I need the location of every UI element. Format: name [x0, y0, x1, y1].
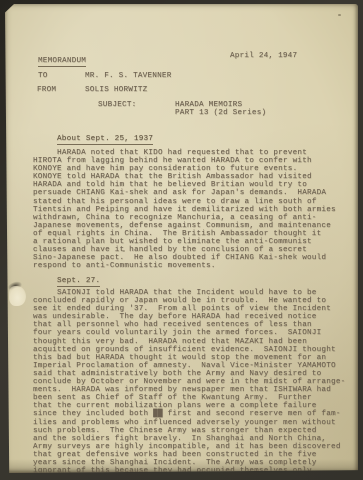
text-line: this bad but HARADA thought it would sto… — [33, 354, 345, 362]
paper-tear-chip — [9, 286, 26, 306]
document-page: April 24, 1947 MEMORANDUM TO MR. F. S. T… — [5, 4, 358, 473]
text-line: that great defensive works had been cons… — [33, 451, 345, 459]
memo-title: MEMORANDUM — [38, 57, 86, 67]
text-line: four years could voluntarily join the ar… — [33, 329, 345, 337]
text-line: stated that his personal ideas were to d… — [33, 198, 336, 206]
text-line: conclude by October or November and were… — [33, 378, 345, 386]
text-line: Tientsin and Peiping and have it demilit… — [33, 206, 336, 214]
to-value: MR. F. S. TAVENNER — [85, 72, 172, 80]
text-line: concluded rapidly or Japan would be in t… — [33, 297, 345, 305]
to-label: TO — [38, 72, 48, 80]
text-line: thought this very bad. HARADA noted that… — [33, 338, 345, 346]
subject-value-line1: HARADA MEMOIRS — [175, 101, 242, 109]
from-value: SOLIS HORWITZ — [85, 86, 148, 94]
text-line: of equal rights in China. The British Am… — [33, 230, 336, 238]
paper-speck — [338, 14, 341, 16]
text-line: and the soldiers fight bravely. In Shang… — [33, 435, 345, 443]
section-heading-sept-25: About Sept. 25, 1937 — [57, 135, 153, 145]
text-line: acquitted on grounds of insufficient evi… — [33, 346, 345, 354]
text-line: HARADA noted that KIDO had requested tha… — [33, 149, 336, 157]
text-line: said that administratively both the Army… — [33, 370, 345, 378]
text-line: SAIONJI told HARADA that the Incident wo… — [33, 289, 345, 297]
section-heading-sept-27: Sept. 27. — [57, 277, 100, 287]
text-line: since they included both ██ first and se… — [33, 410, 345, 418]
section-body-sept-27: SAIONJI told HARADA that the Incident wo… — [33, 289, 345, 475]
scanned-memo: April 24, 1947 MEMORANDUM TO MR. F. S. T… — [0, 0, 363, 480]
subject-value-line2: PART 13 (2d Series) — [175, 109, 266, 117]
text-line: Army surveys are highly incompatible, an… — [33, 443, 345, 451]
subject-label: SUBJECT: — [98, 101, 136, 109]
text-line: ilies and problems who influenced advers… — [33, 419, 345, 427]
text-line: respond to anti-Communistic movements. — [33, 262, 336, 270]
text-line: persuade CHIANG Kai-shek and ask for Jap… — [33, 189, 336, 197]
text-line: HIROTA from lagging behind he wanted HAR… — [33, 157, 336, 165]
section-body-sept-25: HARADA noted that KIDO had requested tha… — [33, 149, 336, 270]
text-line: such problems. The Chinese Army was stro… — [33, 427, 345, 435]
scan-bottom-shadow — [5, 459, 358, 473]
text-line: clauses and have it handled by the concl… — [33, 246, 336, 254]
paper-speck — [123, 250, 125, 252]
text-line: withdrawn, China to recognize Manchuria,… — [33, 214, 336, 222]
text-line: Imperial Proclamation of amnesty. Naval … — [33, 362, 345, 370]
document-date: April 24, 1947 — [230, 52, 297, 60]
text-line: a rational plan but wished to eliminate … — [33, 238, 336, 246]
from-label: FROM — [37, 86, 56, 94]
text-line: ments. HARADA was informed by newspaper … — [33, 386, 345, 394]
text-line: Japanese movements, defense against Comm… — [33, 222, 336, 230]
